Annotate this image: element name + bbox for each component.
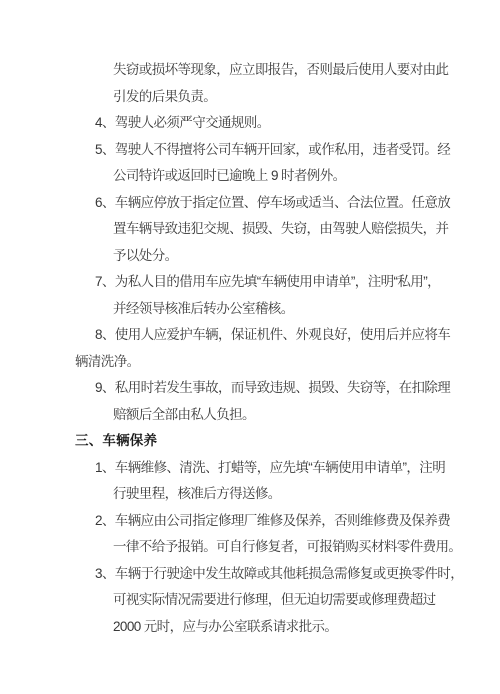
document-content: 失窃或损坏等现象，应立即报告，否则最后使用人要对由此 引发的后果负责。 4、驾驶… <box>75 57 447 640</box>
document-line: 赔额后全部由私人负担。 <box>113 402 447 429</box>
section-heading-vehicle-maintenance: 三、车辆保养 <box>75 428 447 455</box>
list-item-9: 9、私用时若发生事故，而导致违规、损毁、失窃等，在扣除理 <box>95 375 447 402</box>
document-line: 引发的后果负责。 <box>113 84 447 111</box>
document-line: 辆清洗净。 <box>75 349 447 376</box>
document-line: 一律不给予报销。可自行修复者，可报销购买材料零件费用。 <box>113 534 447 561</box>
list-item-1: 1、车辆维修、清洗、打蜡等，应先填“车辆使用申请单”，注明 <box>95 455 447 482</box>
document-line: 予以处分。 <box>113 243 447 270</box>
document-page: 失窃或损坏等现象，应立即报告，否则最后使用人要对由此 引发的后果负责。 4、驾驶… <box>0 0 500 694</box>
document-line: 并经领导核准后转办公室稽核。 <box>113 296 447 323</box>
list-item-3: 3、车辆于行驶途中发生故障或其他耗损急需修复或更换零件时， <box>95 561 447 588</box>
document-line: 公司特许或返回时已逾晚上 9 时者例外。 <box>113 163 447 190</box>
list-item-7: 7、为私人目的借用车应先填“车辆使用申请单”，注明“私用”， <box>95 269 447 296</box>
list-item-8: 8、使用人应爱护车辆，保证机件、外观良好，使用后并应将车 <box>95 322 447 349</box>
document-line: 置车辆导致违犯交规、损毁、失窃，由驾驶人赔偿损失，并 <box>113 216 447 243</box>
list-item-6: 6、车辆应停放于指定位置、停车场或适当、合法位置。任意放 <box>95 190 447 217</box>
document-line: 失窃或损坏等现象，应立即报告，否则最后使用人要对由此 <box>113 57 447 84</box>
list-item-4: 4、驾驶人必须严守交通规则。 <box>95 110 447 137</box>
list-item-5: 5、驾驶人不得擅将公司车辆开回家，或作私用，违者受罚。经 <box>95 137 447 164</box>
document-line: 2000 元时，应与办公室联系请求批示。 <box>113 614 447 641</box>
document-line: 行驶里程，核准后方得送修。 <box>113 481 447 508</box>
document-line: 可视实际情况需要进行修理，但无迫切需要或修理费超过 <box>113 587 447 614</box>
list-item-2: 2、车辆应由公司指定修理厂维修及保养，否则维修费及保养费 <box>95 508 447 535</box>
